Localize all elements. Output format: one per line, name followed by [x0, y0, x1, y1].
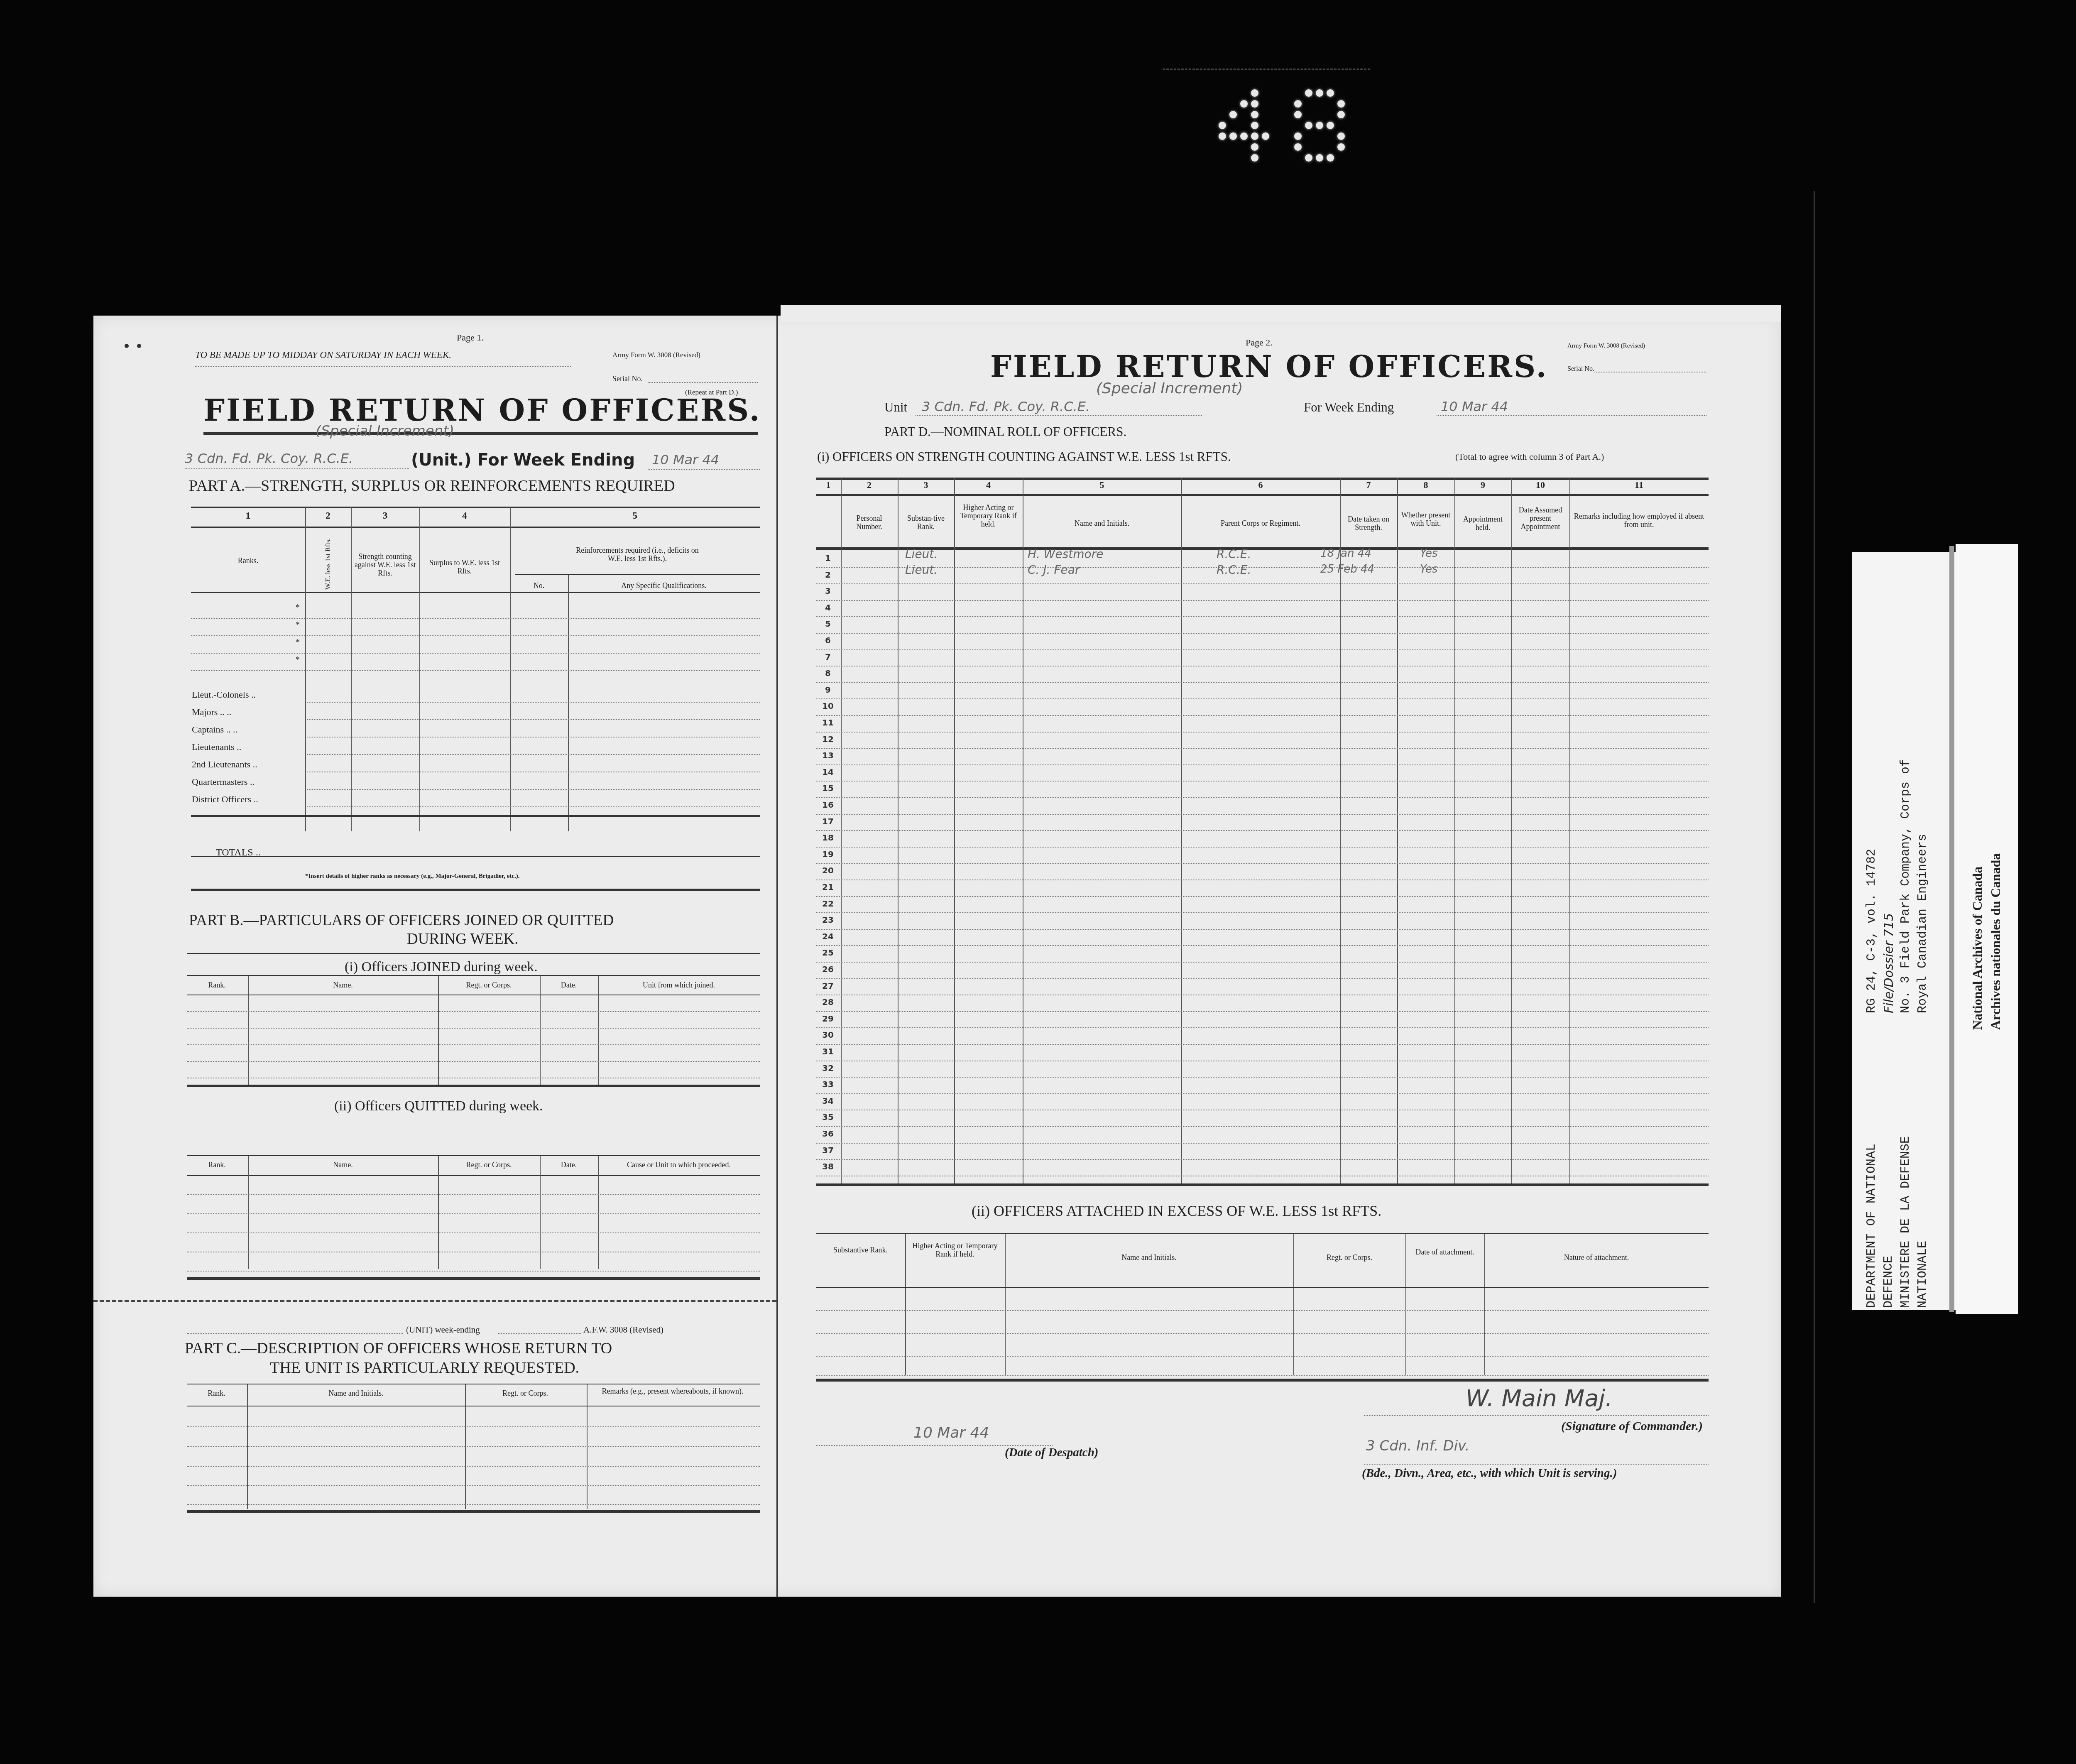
dept-line-4: NATIONALE: [1914, 1136, 1932, 1308]
quitted-col-rank: Rank.: [187, 1161, 247, 1169]
col-personal-number: Personal Number.: [843, 514, 896, 531]
page-1-label: Page 1.: [457, 332, 484, 343]
roll-row-line: [816, 863, 1709, 864]
roll-row-line: [816, 1126, 1709, 1127]
roll-row-line: [816, 748, 1709, 749]
roll-row-number: 13: [816, 750, 840, 760]
roll-row-line: [816, 698, 1709, 699]
roll-row-number: 11: [816, 718, 840, 728]
col-appointment: Appointment held.: [1455, 515, 1510, 532]
roll-row-number: 26: [816, 964, 840, 974]
torn-edge: [781, 305, 1781, 322]
d-col-num-2: 2: [841, 481, 898, 489]
roll-row-number: 22: [816, 899, 840, 909]
quitted-title: (ii) Officers QUITTED during week.: [334, 1098, 543, 1114]
roll-row-number: 3: [816, 586, 840, 596]
dept-line-1: DEPARTMENT OF NATIONAL: [1863, 1136, 1880, 1308]
section-ii-heading: (ii) OFFICERS ATTACHED IN EXCESS OF W.E.…: [972, 1202, 1381, 1220]
d-col-num-3: 3: [898, 481, 954, 489]
roll-row-number: 34: [816, 1096, 840, 1106]
roll-row-line: [816, 732, 1709, 733]
part-d-heading: PART D.—NOMINAL ROLL OF OFFICERS.: [884, 424, 1126, 439]
roll-row-line: [816, 567, 1709, 568]
instruction-text: TO BE MADE UP TO MIDDAY ON SATURDAY IN E…: [195, 350, 451, 360]
we-header: W.E. less 1st Rfts.: [324, 538, 332, 590]
part-a-heading: PART A.—STRENGTH, SURPLUS OR REINFORCEME…: [189, 477, 675, 495]
signature-label: (Signature of Commander.): [1561, 1419, 1703, 1433]
part-c-unit-stub: (UNIT) week-ending: [406, 1325, 480, 1335]
qualifications-header: Any Specific Qualifications.: [568, 581, 760, 590]
rank-row-2nd-lieutenants: 2nd Lieutenants ..: [192, 759, 257, 770]
reference-text: RG 24, C-3, vol. 14782 File/Dossier 715 …: [1863, 759, 1932, 1013]
archive-reference-card: DEPARTMENT OF NATIONAL DEFENCE MINISTERE…: [1852, 552, 1962, 1310]
despatch-date-field[interactable]: 10 Mar 44: [913, 1424, 989, 1441]
roll-row-line: [816, 1143, 1709, 1144]
part-a-footnote: *Insert details of higher ranks as neces…: [305, 873, 519, 880]
roll-row-line: [816, 1093, 1709, 1094]
roll-row-line: [816, 666, 1709, 666]
film-edge-line: [1814, 191, 1815, 1603]
page-1-title: FIELD RETURN OF OFFICERS.: [203, 392, 761, 428]
rank-row-majors: Majors .. ..: [192, 707, 231, 718]
roll-row-line: [816, 978, 1709, 979]
unit-label: Unit: [884, 400, 907, 415]
archives-name-en: National Archives of Canada: [1968, 853, 1986, 1030]
star-row-1: *: [296, 603, 300, 612]
attached-col-rank: Substantive Rank.: [816, 1246, 905, 1254]
rank-row-quartermasters: Quartermasters ..: [192, 777, 255, 787]
roll-row-line: [816, 1044, 1709, 1045]
col-parent-corps: Parent Corps or Regiment.: [1181, 519, 1340, 527]
part-c-col-regt: Regt. or Corps.: [465, 1389, 585, 1397]
star-row-4: *: [296, 655, 300, 665]
week-ending-label: For Week Ending: [1304, 400, 1394, 415]
department-text: DEPARTMENT OF NATIONAL DEFENCE MINISTERE…: [1863, 1136, 1932, 1308]
roll-row-number: 32: [816, 1063, 840, 1073]
roll-row-number: 18: [816, 833, 840, 843]
part-b-heading-1: PART B.—PARTICULARS OF OFFICERS JOINED O…: [189, 911, 614, 929]
no-header: No.: [510, 581, 568, 590]
roll-row-number: 14: [816, 767, 840, 777]
archives-stamp-card: National Archives of Canada Archives nat…: [1956, 544, 2018, 1314]
roll-row-line: [816, 814, 1709, 815]
scan-edge-line: [1163, 69, 1370, 71]
roll-row-line: [816, 1176, 1709, 1176]
d-col-num-11: 11: [1569, 481, 1709, 489]
roll-row-line: [816, 781, 1709, 782]
page-fold: [776, 316, 778, 1597]
frame-digit-4: [1219, 89, 1269, 156]
quitted-col-regt: Regt. or Corps.: [438, 1161, 540, 1169]
rank-row-captains: Captains .. ..: [192, 724, 237, 735]
roll-row-number: 10: [816, 701, 840, 711]
roll-row-number: 29: [816, 1014, 840, 1024]
roll-row-line: [816, 583, 1709, 584]
roll-row-number: 36: [816, 1129, 840, 1139]
joined-col-name: Name.: [248, 981, 438, 989]
part-c-form-ref: A.F.W. 3008 (Revised): [583, 1325, 663, 1335]
handwritten-subtitle: (Special Increment): [316, 423, 454, 439]
formation-label: (Bde., Divn., Area, etc., with which Uni…: [1362, 1467, 1617, 1480]
roll-row-line: [816, 1077, 1709, 1078]
roll-row-number: 31: [816, 1046, 840, 1056]
unit-field[interactable]: 3 Cdn. Fd. Pk. Coy. R.C.E.: [185, 451, 353, 466]
ranks-header: Ranks.: [191, 556, 305, 565]
rank-row-lt-col: Lieut.-Colonels ..: [192, 689, 256, 700]
roll-row-number: 8: [816, 668, 840, 678]
roll-row-line: [816, 649, 1709, 650]
col-name: Name and Initials.: [1023, 519, 1181, 527]
attached-col-nature: Nature of attachment.: [1484, 1253, 1709, 1262]
unit-week-label: (Unit.) For Week Ending: [411, 451, 635, 470]
rank-row-district-officers: District Officers ..: [192, 794, 258, 805]
roll-row-number: 28: [816, 997, 840, 1007]
page-2-army-form: Army Form W. 3008 (Revised): [1567, 343, 1645, 350]
serial-label: Serial No.: [612, 375, 643, 383]
surplus-header: Surplus to W.E. less 1st Rfts.: [421, 559, 508, 575]
page-2-unit-field[interactable]: 3 Cdn. Fd. Pk. Coy. R.C.E.: [922, 399, 1090, 414]
quitted-col-date: Date.: [540, 1161, 598, 1169]
page-2-week-ending-field[interactable]: 10 Mar 44: [1441, 399, 1508, 414]
part-c-heading-2: THE UNIT IS PARTICULARLY REQUESTED.: [270, 1359, 579, 1377]
attached-col-higher-rank: Higher Acting or Temporary Rank if held.: [907, 1242, 1003, 1258]
roll-row-number: 37: [816, 1145, 840, 1155]
roll-row-line: [816, 682, 1709, 683]
d-col-num-5: 5: [1023, 481, 1181, 489]
perforation-line: [93, 1300, 776, 1302]
week-ending-field[interactable]: 10 Mar 44: [652, 452, 719, 468]
dept-line-3: MINISTERE DE LA DEFENSE: [1897, 1136, 1914, 1308]
entry-2-name[interactable]: C. J. Fear: [1028, 563, 1080, 577]
entry-2-rank[interactable]: Lieut.: [905, 563, 938, 577]
section-i-heading: (i) OFFICERS ON STRENGTH COUNTING AGAINS…: [817, 449, 1231, 464]
roll-row-number: 19: [816, 849, 840, 859]
roll-row-number: 30: [816, 1030, 840, 1040]
reinforcements-header: Reinforcements required (i.e., deficits …: [569, 546, 706, 563]
entry-1-name[interactable]: H. Westmore: [1028, 547, 1103, 561]
roll-row-line: [816, 962, 1709, 963]
entry-1-present[interactable]: Yes: [1420, 547, 1438, 560]
d-col-num-6: 6: [1181, 481, 1340, 489]
roll-row-number: 12: [816, 734, 840, 744]
frame-digit-8: [1294, 89, 1345, 156]
roll-row-number: 16: [816, 800, 840, 810]
roll-row-line: [816, 764, 1709, 765]
roll-row-line: [816, 929, 1709, 930]
col-date-taken: Date taken on Strength.: [1341, 515, 1396, 532]
section-i-note: (Total to agree with column 3 of Part A.…: [1455, 451, 1604, 462]
commander-signature[interactable]: W. Main Maj.: [1466, 1385, 1613, 1412]
roll-row-number: 4: [816, 603, 840, 612]
page-2-label: Page 2.: [1246, 337, 1273, 348]
roll-row-line: [816, 880, 1709, 880]
roll-row-line: [816, 633, 1709, 634]
roll-row-line: [816, 830, 1709, 831]
despatch-date-label: (Date of Despatch): [1005, 1446, 1099, 1460]
dept-line-2: DEFENCE: [1880, 1136, 1897, 1308]
entry-1-corps[interactable]: R.C.E.: [1217, 547, 1251, 561]
archives-name: National Archives of Canada Archives nat…: [1968, 853, 2005, 1030]
col-num-4: 4: [419, 512, 510, 520]
roll-row-number: 17: [816, 816, 840, 826]
entry-2-corps[interactable]: R.C.E.: [1217, 563, 1251, 577]
roll-row-number: 15: [816, 783, 840, 793]
ref-line-unit: No. 3 Field Park Company, Corps of: [1897, 759, 1914, 1013]
roll-row-number: 38: [816, 1161, 840, 1171]
roll-row-line: [816, 1011, 1709, 1012]
joined-col-regt: Regt. or Corps.: [438, 981, 540, 989]
part-b-heading-2: DURING WEEK.: [407, 930, 519, 948]
attached-col-date: Date of attachment.: [1408, 1248, 1482, 1256]
page-2-handwritten-subtitle: (Special Increment): [1096, 380, 1243, 397]
roll-row-number: 9: [816, 685, 840, 695]
ref-line-rg: RG 24, C-3, vol. 14782: [1863, 759, 1880, 1013]
col-higher-rank: Higher Acting or Temporary Rank if held.: [956, 503, 1021, 528]
attached-col-regt: Regt. or Corps.: [1293, 1253, 1405, 1262]
entry-1-date-taken[interactable]: 18 Jan 44: [1320, 547, 1371, 560]
col-num-5: 5: [510, 512, 760, 520]
joined-col-rank: Rank.: [187, 981, 247, 989]
card-divider: [1949, 546, 1954, 1312]
ref-line-corps: Royal Canadian Engineers: [1914, 759, 1932, 1013]
d-col-num-8: 8: [1397, 481, 1454, 489]
roll-row-number: 6: [816, 635, 840, 645]
roll-row-number: 23: [816, 915, 840, 925]
joined-col-unit: Unit from which joined.: [598, 981, 760, 989]
col-remarks: Remarks including how employed if absent…: [1574, 512, 1704, 529]
roll-row-line: [816, 797, 1709, 798]
d-col-num-1: 1: [816, 481, 841, 489]
part-c-col-remarks: Remarks (e.g., present whereabouts, if k…: [588, 1387, 758, 1395]
part-c-heading-1: PART C.—DESCRIPTION OF OFFICERS WHOSE RE…: [185, 1339, 612, 1357]
archives-name-fr: Archives nationales du Canada: [1986, 853, 2005, 1030]
joined-col-date: Date.: [540, 981, 598, 989]
roll-row-number: 7: [816, 652, 840, 662]
roll-row-number: 5: [816, 619, 840, 629]
roll-row-line: [816, 896, 1709, 897]
roll-row-number: 27: [816, 981, 840, 991]
roll-row-number: 24: [816, 931, 840, 941]
roll-row-number: 2: [816, 570, 840, 580]
star-row-3: *: [296, 638, 300, 647]
roll-row-line: [816, 616, 1709, 617]
quitted-col-cause: Cause or Unit to which proceeded.: [598, 1161, 760, 1169]
col-substantive-rank: Substan-tive Rank.: [900, 514, 952, 531]
part-c-col-rank: Rank.: [187, 1389, 246, 1397]
roll-row-line: [816, 1061, 1709, 1061]
page-2-title: FIELD RETURN OF OFFICERS.: [990, 349, 1548, 384]
roll-row-number: 20: [816, 865, 840, 875]
frame-number: [1219, 89, 1343, 156]
entry-1-rank[interactable]: Lieut.: [905, 547, 938, 561]
col-date-assumed: Date Assumed present Appointment: [1513, 506, 1568, 531]
roll-row-number: 21: [816, 882, 840, 892]
strength-header: Strength counting against W.E. less 1st …: [353, 552, 417, 577]
page-2-serial-label: Serial No.: [1567, 365, 1594, 373]
attached-col-name: Name and Initials.: [1005, 1253, 1293, 1262]
entry-2-present[interactable]: Yes: [1420, 563, 1438, 576]
entry-2-date-taken[interactable]: 25 Feb 44: [1320, 563, 1374, 576]
quitted-col-name: Name.: [248, 1161, 438, 1169]
roll-row-line: [816, 600, 1709, 601]
formation-field[interactable]: 3 Cdn. Inf. Div.: [1366, 1438, 1469, 1454]
col-num-3: 3: [351, 512, 419, 520]
d-col-num-4: 4: [954, 481, 1023, 489]
roll-row-line: [816, 1159, 1709, 1160]
col-num-1: 1: [191, 512, 305, 520]
col-num-2: 2: [305, 512, 351, 520]
part-c-col-name: Name and Initials.: [247, 1389, 465, 1397]
ref-line-file: File/Dossier 715: [1880, 759, 1897, 1013]
roll-row-line: [816, 945, 1709, 946]
army-form-label: Army Form W. 3008 (Revised): [612, 351, 700, 359]
roll-row-line: [816, 715, 1709, 716]
joined-title: (i) Officers JOINED during week.: [345, 959, 538, 975]
roll-row-number: 35: [816, 1112, 840, 1122]
roll-row-number: 1: [816, 553, 840, 563]
d-col-num-10: 10: [1511, 481, 1569, 489]
roll-row-line: [816, 1027, 1709, 1028]
roll-row-number: 25: [816, 948, 840, 958]
d-col-num-9: 9: [1454, 481, 1511, 489]
roll-row-number: 33: [816, 1079, 840, 1089]
rank-row-lieutenants: Lieutenants ..: [192, 742, 241, 752]
roll-row-line: [816, 847, 1709, 848]
roll-row-line: [816, 1110, 1709, 1110]
col-present: Whether present with Unit.: [1398, 511, 1453, 527]
d-col-num-7: 7: [1340, 481, 1397, 489]
star-row-2: *: [296, 620, 300, 630]
roll-row-line: [816, 912, 1709, 913]
roll-row-line: [816, 995, 1709, 995]
